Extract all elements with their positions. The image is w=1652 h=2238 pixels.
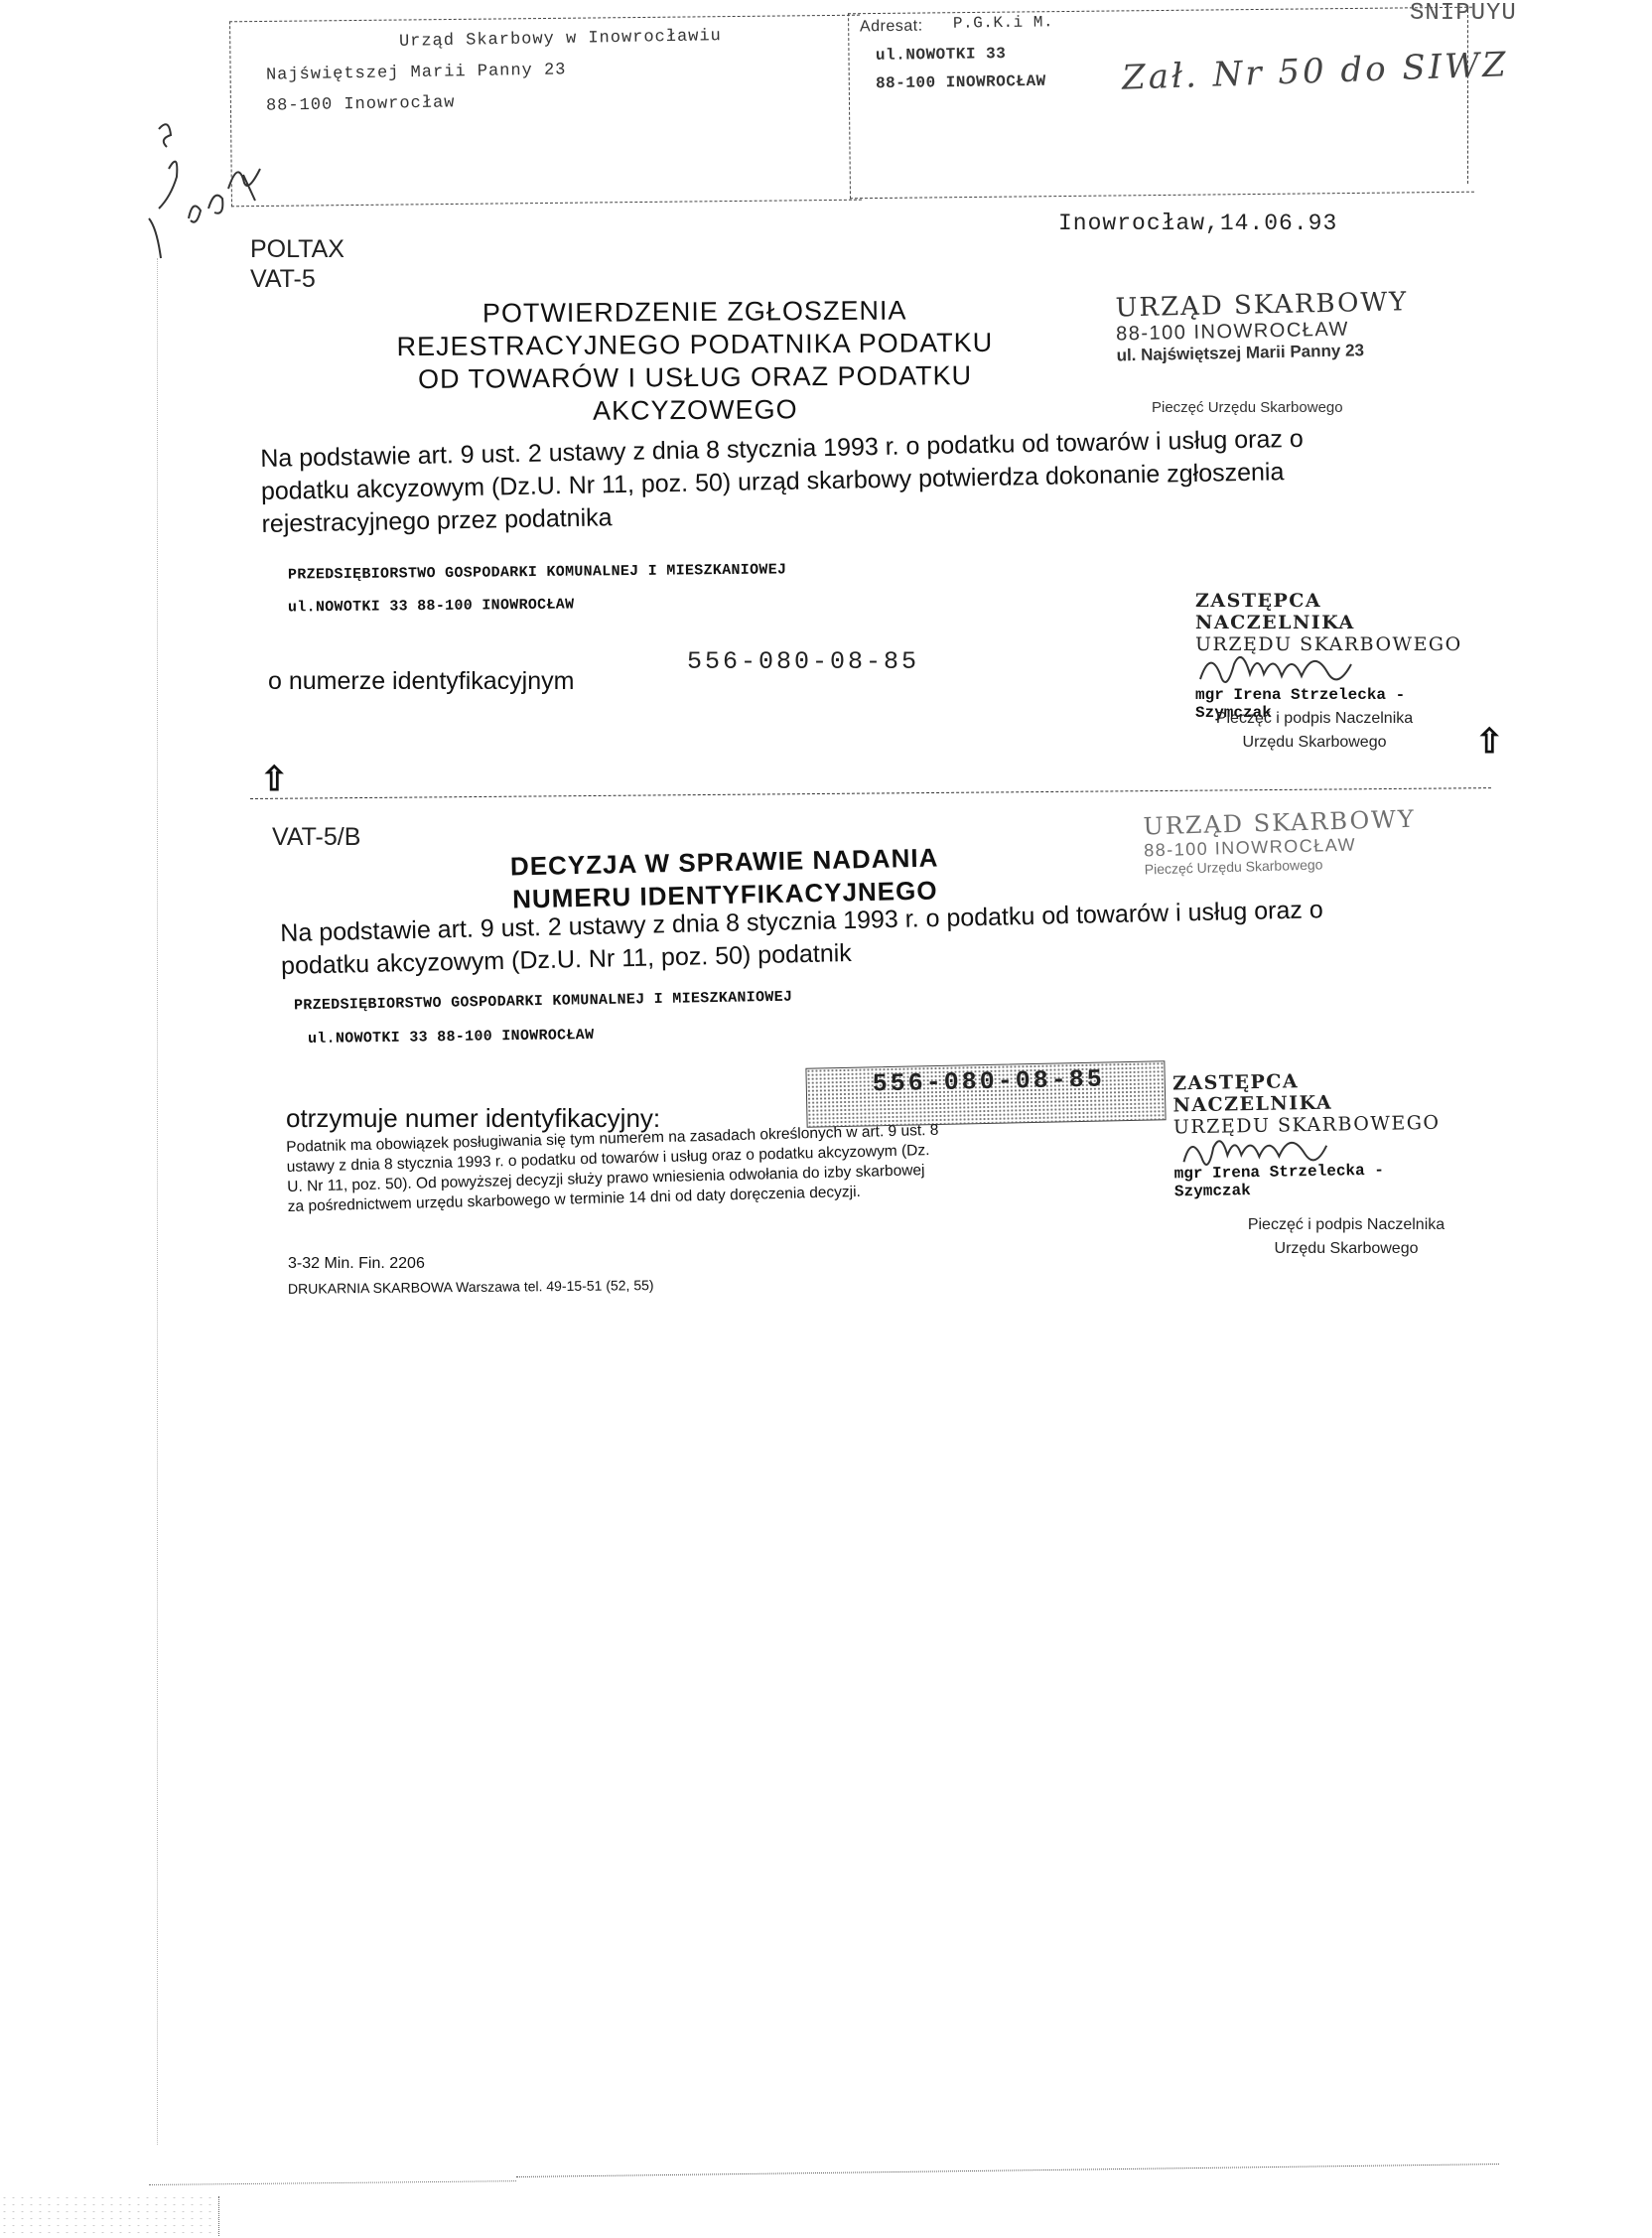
top-right-fragment: SNIPUYU bbox=[1410, 0, 1517, 27]
taxpayer-name: PRZEDSIĘBIORSTWO GOSPODARKI KOMUNALNEJ I… bbox=[288, 561, 786, 583]
cut-arrow-icon: ⇧ bbox=[1475, 725, 1504, 759]
signature-caption: Pieczęć i podpis Naczelnika Urzędu Skarb… bbox=[1207, 1213, 1485, 1261]
taxpayer-address: ul.NOWOTKI 33 88-100 INOWROCŁAW bbox=[288, 596, 575, 616]
form-print-code: 3-32 Min. Fin. 2206 bbox=[288, 1255, 425, 1273]
tear-off-divider bbox=[250, 787, 1491, 799]
office-stamp-1: URZĄD SKARBOWY 88-100 INOWROCŁAW ul. Naj… bbox=[1115, 287, 1444, 366]
form1-title-line: REJESTRACYJNEGO PODATNIKA PODATKU bbox=[338, 326, 1052, 363]
scan-edge-line bbox=[149, 2180, 516, 2185]
recipient-box-edge bbox=[1467, 10, 1468, 184]
signature-caption: Pieczęć i podpis Naczelnika Urzędu Skarb… bbox=[1175, 707, 1453, 755]
scan-edge-vertical bbox=[218, 2196, 219, 2236]
taxpayer-address: ul.NOWOTKI 33 88-100 INOWROCŁAW bbox=[308, 1027, 595, 1048]
form1-title: POTWIERDZENIE ZGŁOSZENIA REJESTRACYJNEGO… bbox=[338, 293, 1053, 429]
form-code-vat5b: VAT-5/B bbox=[272, 822, 360, 852]
signature-icon bbox=[1195, 649, 1453, 689]
recipient-name: P.G.K.i M. bbox=[953, 13, 1053, 32]
form1-title-line: AKCYZOWEGO bbox=[338, 391, 1052, 429]
form1-title-line: OD TOWARÓW I USŁUG ORAZ PODATKU bbox=[338, 358, 1052, 396]
signature-stamp-title: ZASTĘPCA NACZELNIKA bbox=[1172, 1068, 1451, 1117]
id-number-label: o numerze identyfikacyjnym bbox=[268, 665, 574, 698]
office-stamp-2: URZĄD SKARBOWY 88-100 INOWROCŁAW Pieczęć… bbox=[1143, 804, 1462, 878]
signature-caption-line: Pieczęć i podpis Naczelnika bbox=[1207, 1213, 1485, 1237]
signature-caption-line: Urzędu Skarbowego bbox=[1207, 1237, 1485, 1261]
office-stamp-caption: Pieczęć Urzędu Skarbowego bbox=[1152, 399, 1343, 416]
form-code-vat5: VAT-5 bbox=[250, 264, 316, 294]
form1-body: Na podstawie art. 9 ust. 2 ustawy z dnia… bbox=[260, 418, 1553, 541]
scan-noise bbox=[0, 2194, 218, 2238]
form-system-code: POLTAX bbox=[250, 234, 344, 264]
printer-info: DRUKARNIA SKARBOWA Warszawa tel. 49-15-5… bbox=[288, 1277, 654, 1297]
id-number-value: 556-080-08-85 bbox=[687, 647, 919, 676]
recipient-city: 88-100 INOWROCŁAW bbox=[876, 72, 1046, 92]
id-number-value: 556-080-08-85 bbox=[806, 1061, 1165, 1100]
signature-caption-line: Pieczęć i podpis Naczelnika bbox=[1175, 707, 1453, 731]
sender-city: 88-100 Inowrocław bbox=[266, 93, 456, 115]
place-and-date: Inowrocław,14.06.93 bbox=[1058, 210, 1337, 236]
signature-stamp-2: ZASTĘPCA NACZELNIKA URZĘDU SKARBOWEGO mg… bbox=[1172, 1068, 1452, 1201]
recipient-street: ul.NOWOTKI 33 bbox=[876, 45, 1007, 65]
signature-stamp-1: ZASTĘPCA NACZELNIKA URZĘDU SKARBOWEGO mg… bbox=[1195, 590, 1473, 722]
cut-arrow-icon: ⇧ bbox=[260, 763, 289, 796]
scan-edge-line bbox=[516, 2164, 1499, 2177]
margin-note: F 1993-06-17 bbox=[159, 149, 166, 150]
signature-stamp-title: ZASTĘPCA NACZELNIKA bbox=[1195, 590, 1473, 633]
signature-caption-line: Urzędu Skarbowego bbox=[1175, 731, 1453, 755]
form1-title-line: POTWIERDZENIE ZGŁOSZENIA bbox=[338, 293, 1052, 331]
recipient-label: Adresat: bbox=[860, 18, 923, 37]
page-edge bbox=[157, 258, 158, 2145]
signatory-name: mgr Irena Strzelecka - Szymczak bbox=[1174, 1161, 1453, 1201]
taxpayer-name: PRZEDSIĘBIORSTWO GOSPODARKI KOMUNALNEJ I… bbox=[294, 989, 793, 1015]
recipient-address-box bbox=[848, 7, 1474, 200]
